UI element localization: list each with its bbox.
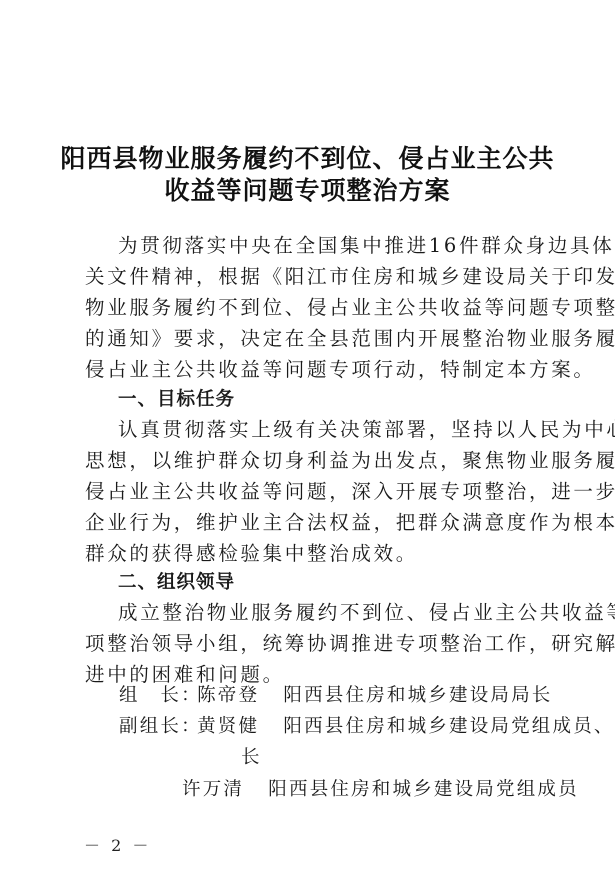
- section-paragraph-goals: 认真贯彻落实上级有关决策部署，坚持以人民为中心的发展 思想，以维护群众切身利益为…: [85, 414, 559, 569]
- goals-line: 群众的获得感检验集中整治成效。: [85, 538, 559, 569]
- leader-name: 陈帝登: [197, 685, 259, 706]
- leader-position: 阳西县住房和城乡建设局局长: [283, 685, 552, 706]
- organization-line: 成立整治物业服务履约不到位、侵占业主公共收益等问题专: [85, 597, 559, 628]
- section-heading-goals: 一、目标任务: [118, 385, 235, 411]
- leader-position: 阳西县住房和城乡建设局党组成员、副局: [283, 716, 615, 737]
- intro-line: 关文件精神，根据《阳江市住房和城乡建设局关于印发〈阳江市: [85, 261, 559, 292]
- leader-name: 黄贤健: [197, 716, 259, 737]
- intro-line: 为贯彻落实中央在全国集中推进16件群众身边具体实事有: [85, 230, 559, 261]
- intro-line: 侵占业主公共收益等问题专项行动，特制定本方案。: [85, 354, 559, 385]
- intro-line: 的通知》要求，决定在全县范围内开展整治物业服务履约不到位、: [85, 323, 559, 354]
- leader-position: 阳西县住房和城乡建设局党组成员: [268, 779, 579, 800]
- intro-paragraph: 为贯彻落实中央在全国集中推进16件群众身边具体实事有 关文件精神，根据《阳江市住…: [85, 230, 559, 385]
- page-number: － 2 －: [84, 833, 151, 856]
- intro-line: 物业服务履约不到位、侵占业主公共收益等问题专项整治方案〉: [85, 292, 559, 323]
- leader-role: 副组长：: [119, 712, 189, 738]
- goals-line: 企业行为，维护业主合法权益，把群众满意度作为根本标准，以: [85, 507, 559, 538]
- leader-name: 许万清: [182, 779, 244, 800]
- leader-row-deputy: 副组长： 黄贤健 阳西县住房和城乡建设局党组成员、副局: [119, 712, 615, 738]
- section-heading-organization: 二、组织领导: [118, 568, 235, 594]
- document-title-line-1: 阳西县物业服务履约不到位、侵占业主公共: [0, 139, 615, 175]
- leader-role: 组 长：: [119, 681, 189, 707]
- section-paragraph-organization: 成立整治物业服务履约不到位、侵占业主公共收益等问题专 项整治领导小组，统筹协调推…: [85, 597, 559, 690]
- leader-row-head: 组 长： 陈帝登 阳西县住房和城乡建设局局长: [119, 681, 553, 707]
- document-title-line-2: 收益等问题专项整治方案: [0, 171, 615, 207]
- goals-line: 思想，以维护群众切身利益为出发点，聚焦物业服务履约不到位，: [85, 445, 559, 476]
- goals-line: 侵占业主公共收益等问题，深入开展专项整治，进一步规范物业: [85, 476, 559, 507]
- goals-line: 认真贯彻落实上级有关决策部署，坚持以人民为中心的发展: [85, 414, 559, 445]
- leader-position-continuation: 长: [241, 743, 262, 769]
- organization-line: 项整治领导小组，统筹协调推进专项整治工作，研究解决工作推: [85, 628, 559, 659]
- leader-row-member: 许万清 阳西县住房和城乡建设局党组成员: [182, 775, 579, 801]
